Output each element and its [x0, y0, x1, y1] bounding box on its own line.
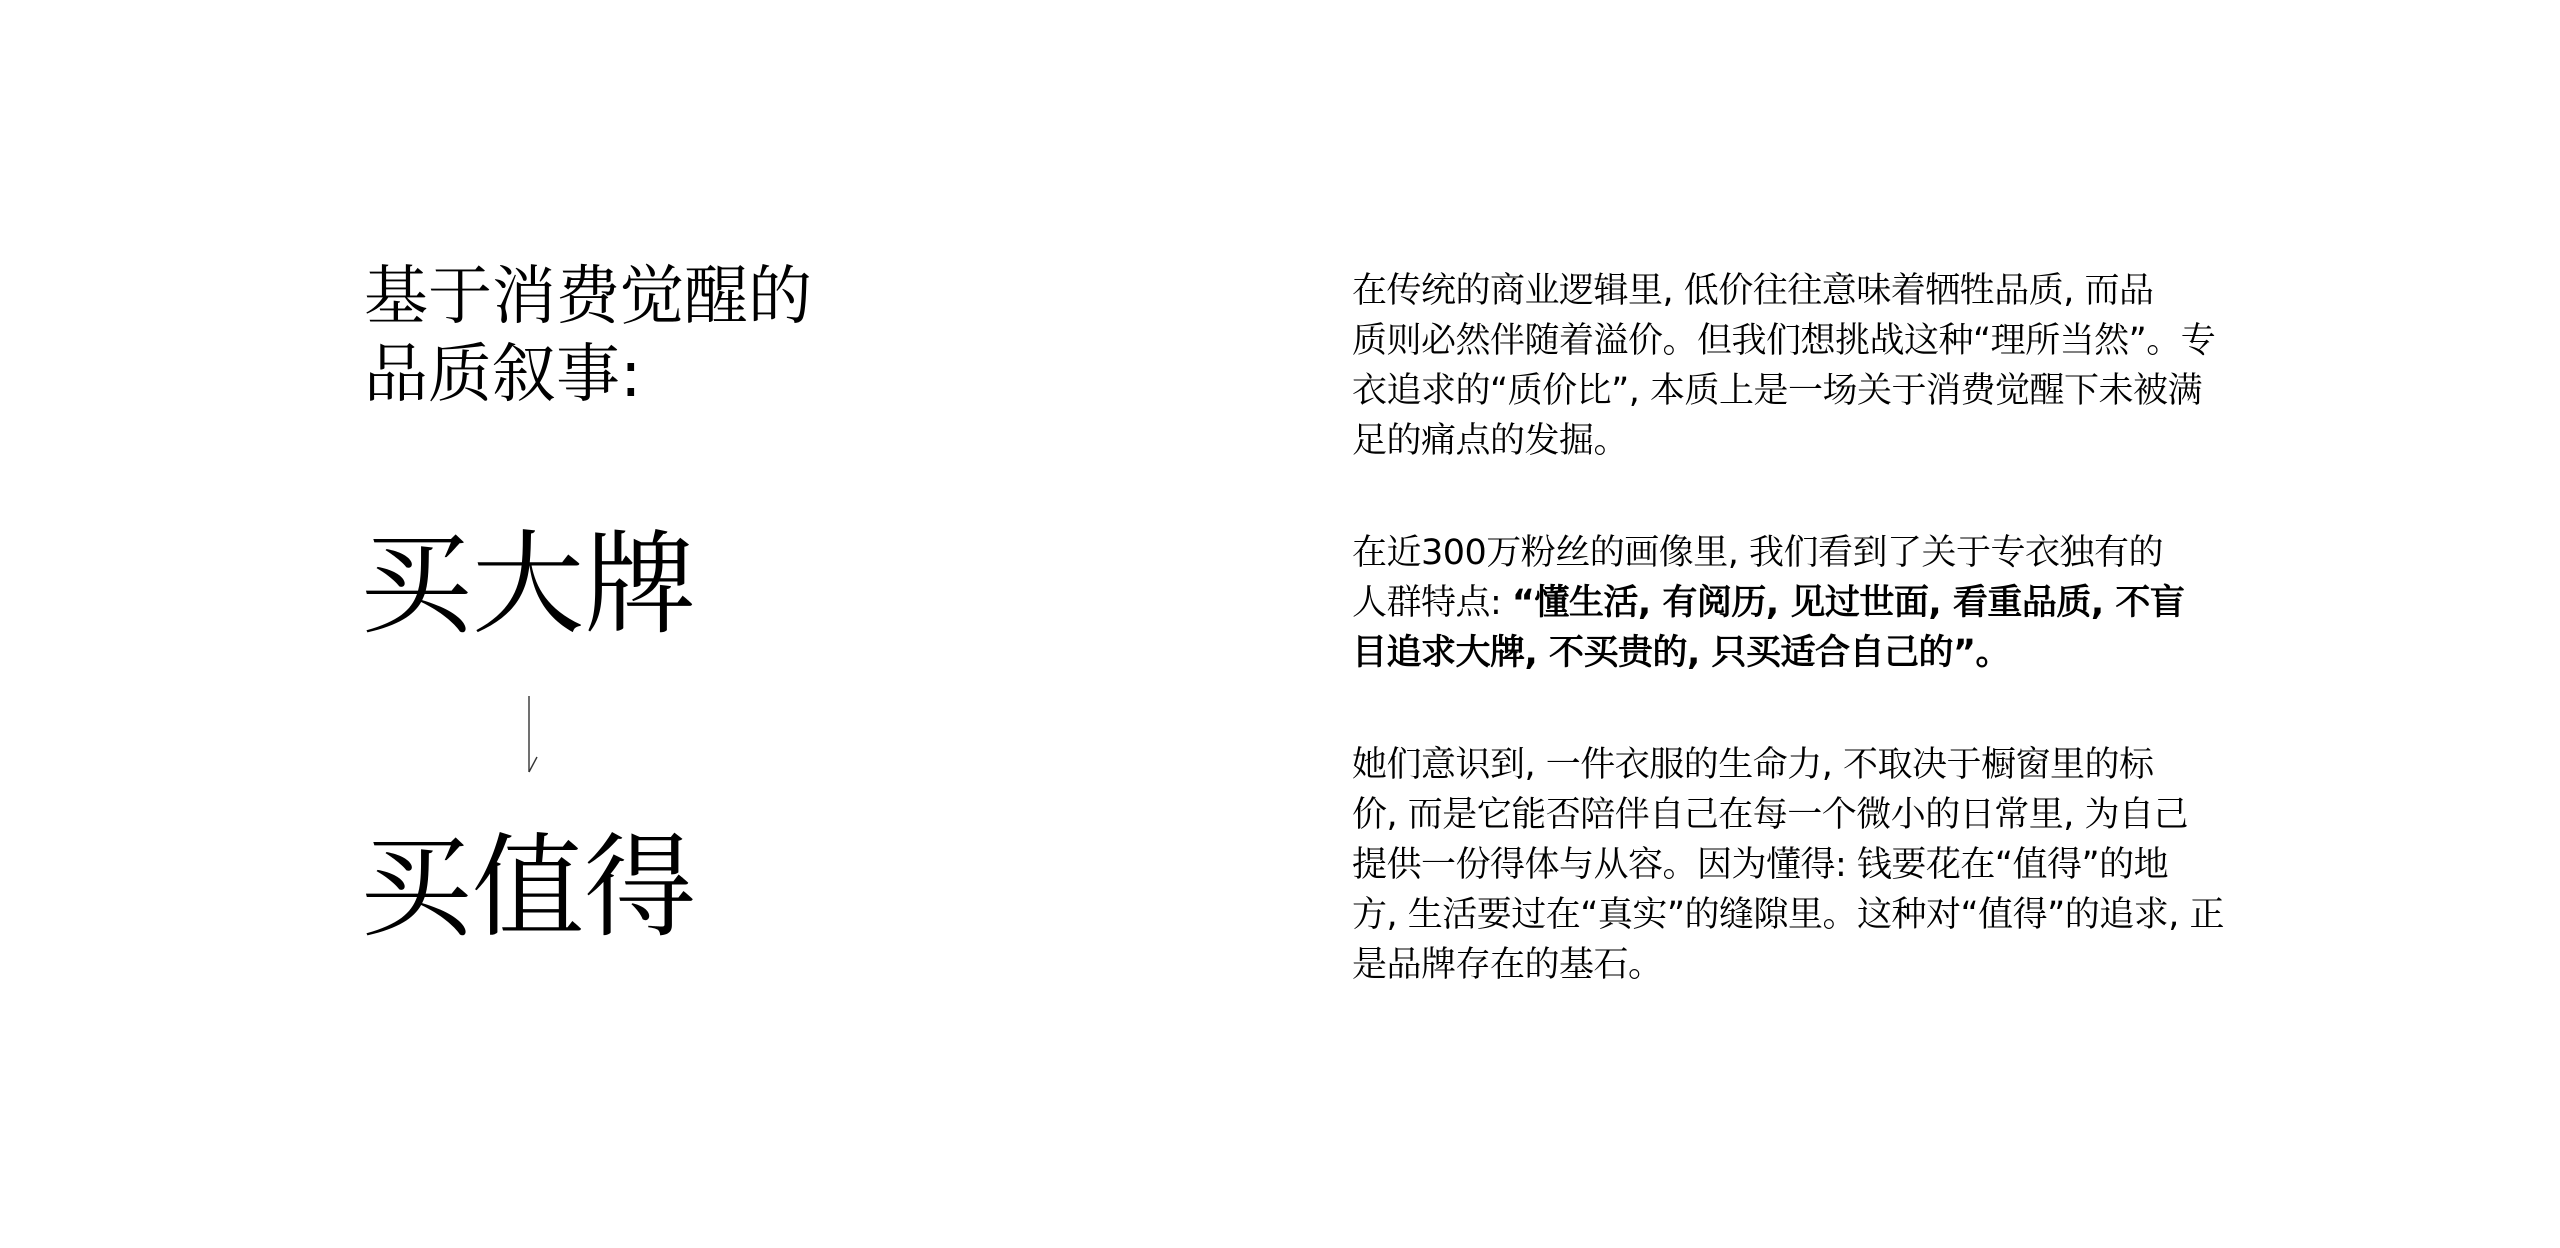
paragraph-line: 在近300万粉丝的画像里, 我们看到了关于专衣独有的	[1352, 528, 2200, 578]
headline-line-1: 基于消费觉醒的	[364, 258, 812, 336]
paragraph-line: 人群特点: “懂生活, 有阅历, 见过世面, 看重品质, 不盲	[1352, 578, 2200, 628]
body-text: 在传统的商业逻辑里, 低价往往意味着牺牲品质, 而品 质则必然伴随着溢价。但我们…	[1352, 266, 2200, 1052]
paragraph-line: 是品牌存在的基石。	[1352, 940, 2200, 990]
paragraph-line: 提供一份得体与从容。因为懂得: 钱要花在“值得”的地	[1352, 840, 2200, 890]
audience-quote-continued: 目追求大牌, 不买贵的, 只买适合自己的”。	[1352, 628, 2200, 678]
headline-line-2: 品质叙事:	[364, 336, 812, 414]
page: 基于消费觉醒的 品质叙事: 买大牌 买值得 在传统的商业逻辑里, 低价往往意味着…	[0, 0, 2560, 1248]
paragraph-2: 在近300万粉丝的画像里, 我们看到了关于专衣独有的 人群特点: “懂生活, 有…	[1352, 528, 2200, 678]
to-word: 买值得	[360, 823, 696, 953]
from-word: 买大牌	[360, 520, 696, 650]
paragraph-line: 价, 而是它能否陪伴自己在每一个微小的日常里, 为自己	[1352, 790, 2200, 840]
audience-label: 人群特点:	[1352, 583, 1512, 623]
audience-quote: “懂生活, 有阅历, 见过世面, 看重品质, 不盲	[1512, 583, 2184, 623]
headline: 基于消费觉醒的 品质叙事:	[364, 258, 812, 414]
paragraph-1: 在传统的商业逻辑里, 低价往往意味着牺牲品质, 而品 质则必然伴随着溢价。但我们…	[1352, 266, 2200, 466]
paragraph-3: 她们意识到, 一件衣服的生命力, 不取决于橱窗里的标 价, 而是它能否陪伴自己在…	[1352, 740, 2200, 990]
arrow-down-icon	[522, 694, 542, 776]
paragraph-line: 质则必然伴随着溢价。但我们想挑战这种“理所当然”。专	[1352, 316, 2200, 366]
paragraph-line: 衣追求的“质价比”, 本质上是一场关于消费觉醒下未被满	[1352, 366, 2200, 416]
paragraph-line: 在传统的商业逻辑里, 低价往往意味着牺牲品质, 而品	[1352, 266, 2200, 316]
paragraph-line: 方, 生活要过在“真实”的缝隙里。这种对“值得”的追求, 正	[1352, 890, 2200, 940]
paragraph-line: 她们意识到, 一件衣服的生命力, 不取决于橱窗里的标	[1352, 740, 2200, 790]
paragraph-line: 足的痛点的发掘。	[1352, 416, 2200, 466]
